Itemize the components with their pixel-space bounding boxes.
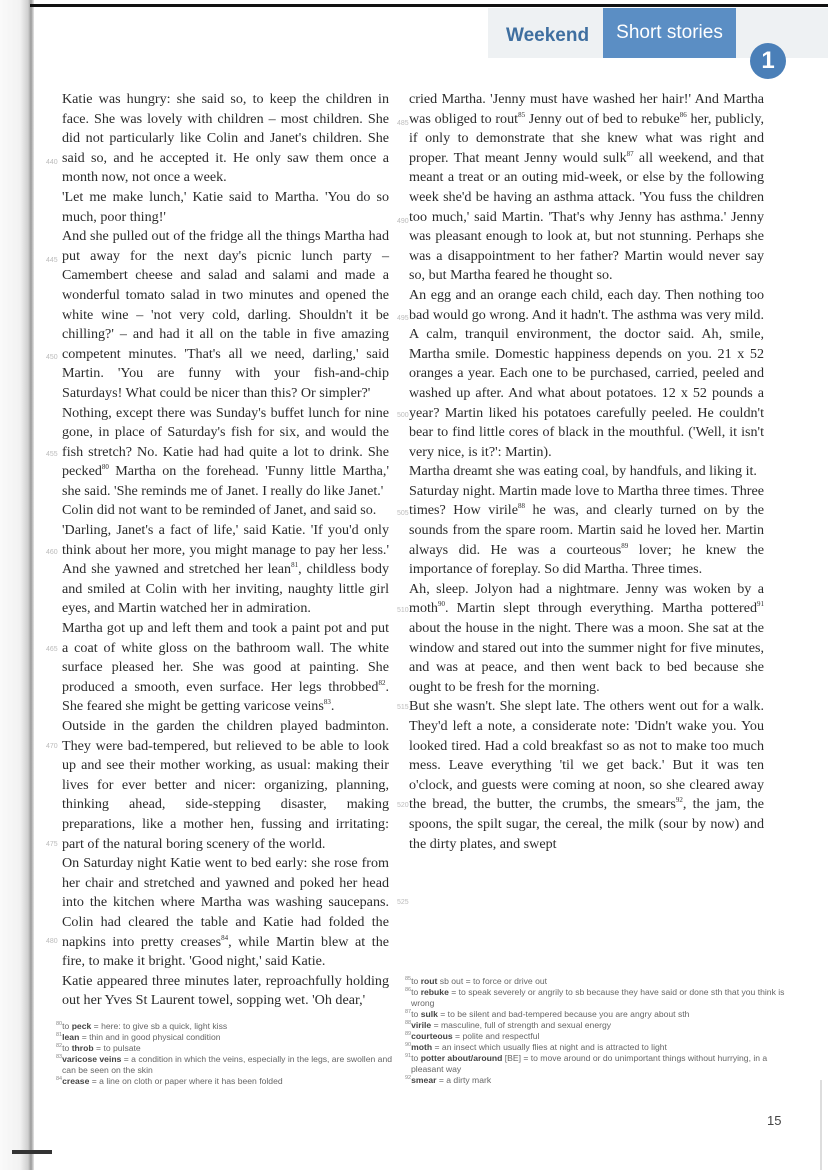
footnote: 88virile = masculine, full of strength a…: [405, 1020, 800, 1031]
paragraph: 'Let me make lunch,' Katie said to Marth…: [62, 188, 389, 227]
footnote: 82to throb = to pulsate: [56, 1043, 396, 1054]
footnote: 81lean = thin and in good physical condi…: [56, 1032, 396, 1043]
line-number: 475: [46, 841, 58, 848]
paragraph: But she wasn't. She slept late. The othe…: [409, 697, 764, 854]
footnote: 90moth = an insect which usually flies a…: [405, 1042, 800, 1053]
section-tab: Short stories: [603, 8, 736, 58]
line-number: 525: [397, 899, 409, 906]
line-number: 500: [397, 412, 409, 419]
line-number: 505: [397, 510, 409, 517]
footnote-ref: 86: [680, 111, 687, 119]
footnote: 80to peck = here: to give sb a quick, li…: [56, 1021, 396, 1032]
line-number: 480: [46, 938, 58, 945]
footnote-ref: 85: [518, 111, 525, 119]
footnote: 84crease = a line on cloth or paper wher…: [56, 1076, 396, 1087]
paragraph: Martha dreamt she was eating coal, by ha…: [409, 462, 764, 482]
page-edge: [820, 1080, 822, 1170]
footnote-ref: 92: [676, 796, 683, 804]
footnote-ref: 83: [324, 698, 331, 706]
footnote-ref: 91: [757, 600, 764, 608]
footnote-ref: 88: [518, 502, 525, 510]
footnote-ref: 90: [438, 600, 445, 608]
footnote: 83varicose veins = a condition in which …: [56, 1054, 396, 1076]
line-number: 485: [397, 120, 409, 127]
line-number: 470: [46, 743, 58, 750]
paragraph: cried Martha. 'Jenny must have washed he…: [409, 90, 764, 286]
line-number: 465: [46, 646, 58, 653]
unit-number-badge: 1: [750, 43, 786, 79]
book-spine-shadow: [0, 0, 34, 1170]
paragraph: Saturday night. Martin made love to Mart…: [409, 482, 764, 580]
footnote: 92smear = a dirty mark: [405, 1075, 800, 1086]
line-number: 510: [397, 607, 409, 614]
line-number: 445: [46, 257, 58, 264]
paragraph: Martha got up and left them and took a p…: [62, 619, 389, 717]
line-number: 440: [46, 159, 58, 166]
line-number: 495: [397, 315, 409, 322]
footnote: 85to rout sb out = to force or drive out: [405, 976, 800, 987]
paragraph: And she pulled out of the fridge all the…: [62, 227, 389, 403]
top-rule: [30, 4, 828, 7]
page-number: 15: [767, 1113, 781, 1128]
footnote: 91to potter about/around [BE] = to move …: [405, 1053, 800, 1075]
paragraph: Outside in the garden the children playe…: [62, 717, 389, 854]
paragraph: Katie appeared three minutes later, repr…: [62, 972, 389, 1011]
paragraph: Katie was hungry: she said so, to keep t…: [62, 90, 389, 188]
footnote: 87to sulk = to be silent and bad-tempere…: [405, 1009, 800, 1020]
line-number: 450: [46, 354, 58, 361]
spine-foot-mark: [12, 1150, 52, 1154]
paragraph: Nothing, except there was Sunday's buffe…: [62, 404, 389, 502]
footnote: 89courteous = polite and respectful: [405, 1031, 800, 1042]
footnote-ref: 80: [102, 463, 109, 471]
footnote-ref: 87: [627, 150, 634, 158]
section-title: Weekend: [506, 25, 589, 47]
line-number: 460: [46, 549, 58, 556]
left-text-column: Katie was hungry: she said so, to keep t…: [62, 90, 389, 1011]
paragraph: Ah, sleep. Jolyon had a nightmare. Jenny…: [409, 580, 764, 698]
footnotes-right: 85to rout sb out = to force or drive out…: [405, 976, 800, 1086]
footnote: 86to rebuke = to speak severely or angri…: [405, 987, 800, 1009]
right-text-column: cried Martha. 'Jenny must have washed he…: [409, 90, 764, 854]
paragraph: An egg and an orange each child, each da…: [409, 286, 764, 462]
paragraph: On Saturday night Katie went to bed earl…: [62, 854, 389, 972]
footnotes-left: 80to peck = here: to give sb a quick, li…: [56, 1021, 396, 1087]
paragraph: Colin did not want to be reminded of Jan…: [62, 501, 389, 521]
line-number: 490: [397, 218, 409, 225]
line-number: 515: [397, 704, 409, 711]
paragraph: 'Darling, Janet's a fact of life,' said …: [62, 521, 389, 619]
line-number: 520: [397, 802, 409, 809]
line-number: 455: [46, 451, 58, 458]
